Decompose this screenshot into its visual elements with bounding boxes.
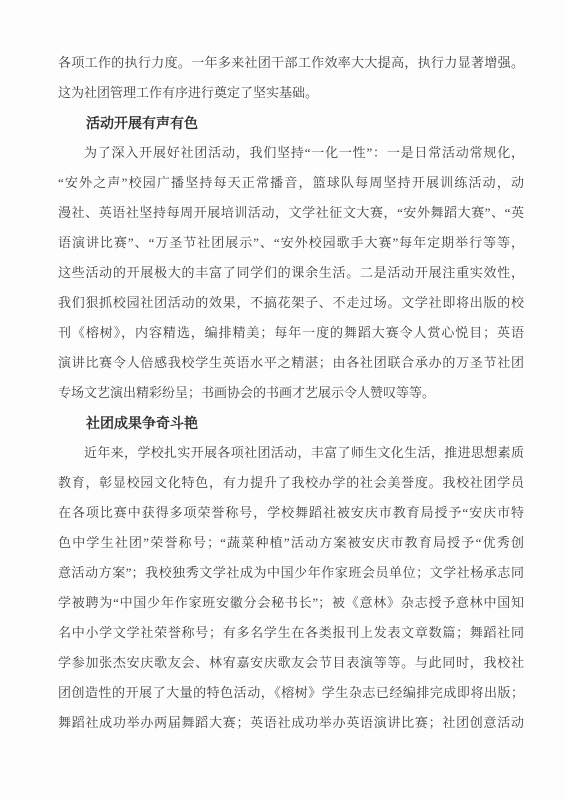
text-line: 为了深入开展好社团活动，我们坚持“一化一性”：一是日常活动常规化，	[58, 138, 524, 168]
text-line: 教育，彰显校园文化特色，有力提升了我校办学的社会美誉度。我校社团学员	[58, 468, 524, 498]
text-line: 演讲比赛令人倍感我校学生英语水平之精湛；由各社团联合承办的万圣节社团	[58, 348, 524, 378]
text-line: 漫社、英语社坚持每周开展培训活动，文学社征文大赛，“安外舞蹈大赛”、“英	[58, 198, 524, 228]
text-line: 这为社团管理工作有序进行奠定了坚实基础。	[58, 78, 524, 108]
text-line: 刊《榕树》，内容精选，编排精美；每年一度的舞蹈大赛令人赏心悦目；英语	[58, 318, 524, 348]
section-heading: 活动开展有声有色	[58, 108, 524, 138]
text-line: 名中小学文学社荣誉称号；有多名学生在各类报刊上发表文章数篇；舞蹈社同	[58, 618, 524, 648]
text-line: 各项工作的执行力度。一年多来社团干部工作效率大大提高，执行力显著增强。	[58, 48, 524, 78]
paragraph: 近年来，学校扎实开展各项社团活动，丰富了师生文化生活，推进思想素质教育，彰显校园…	[58, 438, 524, 738]
text-line: 意活动方案”；我校独秀文学社成为中国少年作家班会员单位；文学社杨承志同	[58, 558, 524, 588]
text-line: 语演讲比赛”、“万圣节社团展示”、“安外校园歌手大赛”每年定期举行等等，	[58, 228, 524, 258]
text-line: 团创造性的开展了大量的特色活动，《榕树》学生杂志已经编排完成即将出版；	[58, 678, 524, 708]
text-line: 学参加张杰安庆歌友会、林宥嘉安庆歌友会节目表演等等。与此同时，我校社	[58, 648, 524, 678]
text-line: 色中学生社团”荣誉称号；“蔬菜种植”活动方案被安庆市教育局授予“优秀创	[58, 528, 524, 558]
text-line: 我们狠抓校园社团活动的效果，不搞花架子、不走过场。文学社即将出版的校	[58, 288, 524, 318]
text-line: 学被聘为“中国少年作家班安徽分会秘书长”；被《意林》杂志授予意林中国知	[58, 588, 524, 618]
page-text-block: 各项工作的执行力度。一年多来社团干部工作效率大大提高，执行力显著增强。这为社团管…	[58, 48, 524, 738]
text-line: 这些活动的开展极大的丰富了同学们的课余生活。二是活动开展注重实效性，	[58, 258, 524, 288]
text-line: 在各项比赛中获得多项荣誉称号，学校舞蹈社被安庆市教育局授予“安庆市特	[58, 498, 524, 528]
section-heading: 社团成果争奇斗艳	[58, 408, 524, 438]
text-line: 舞蹈社成功举办两届舞蹈大赛；英语社成功举办英语演讲比赛；社团创意活动	[58, 708, 524, 738]
paragraph: 各项工作的执行力度。一年多来社团干部工作效率大大提高，执行力显著增强。这为社团管…	[58, 48, 524, 108]
text-line: “安外之声”校园广播坚持每天正常播音，篮球队每周坚持开展训练活动，动	[58, 168, 524, 198]
text-line: 近年来，学校扎实开展各项社团活动，丰富了师生文化生活，推进思想素质	[58, 438, 524, 468]
paragraph: 为了深入开展好社团活动，我们坚持“一化一性”：一是日常活动常规化，“安外之声”校…	[58, 138, 524, 408]
text-line: 专场文艺演出精彩纷呈；书画协会的书画才艺展示令人赞叹等等。	[58, 378, 524, 408]
document-page: 各项工作的执行力度。一年多来社团干部工作效率大大提高，执行力显著增强。这为社团管…	[0, 0, 565, 800]
